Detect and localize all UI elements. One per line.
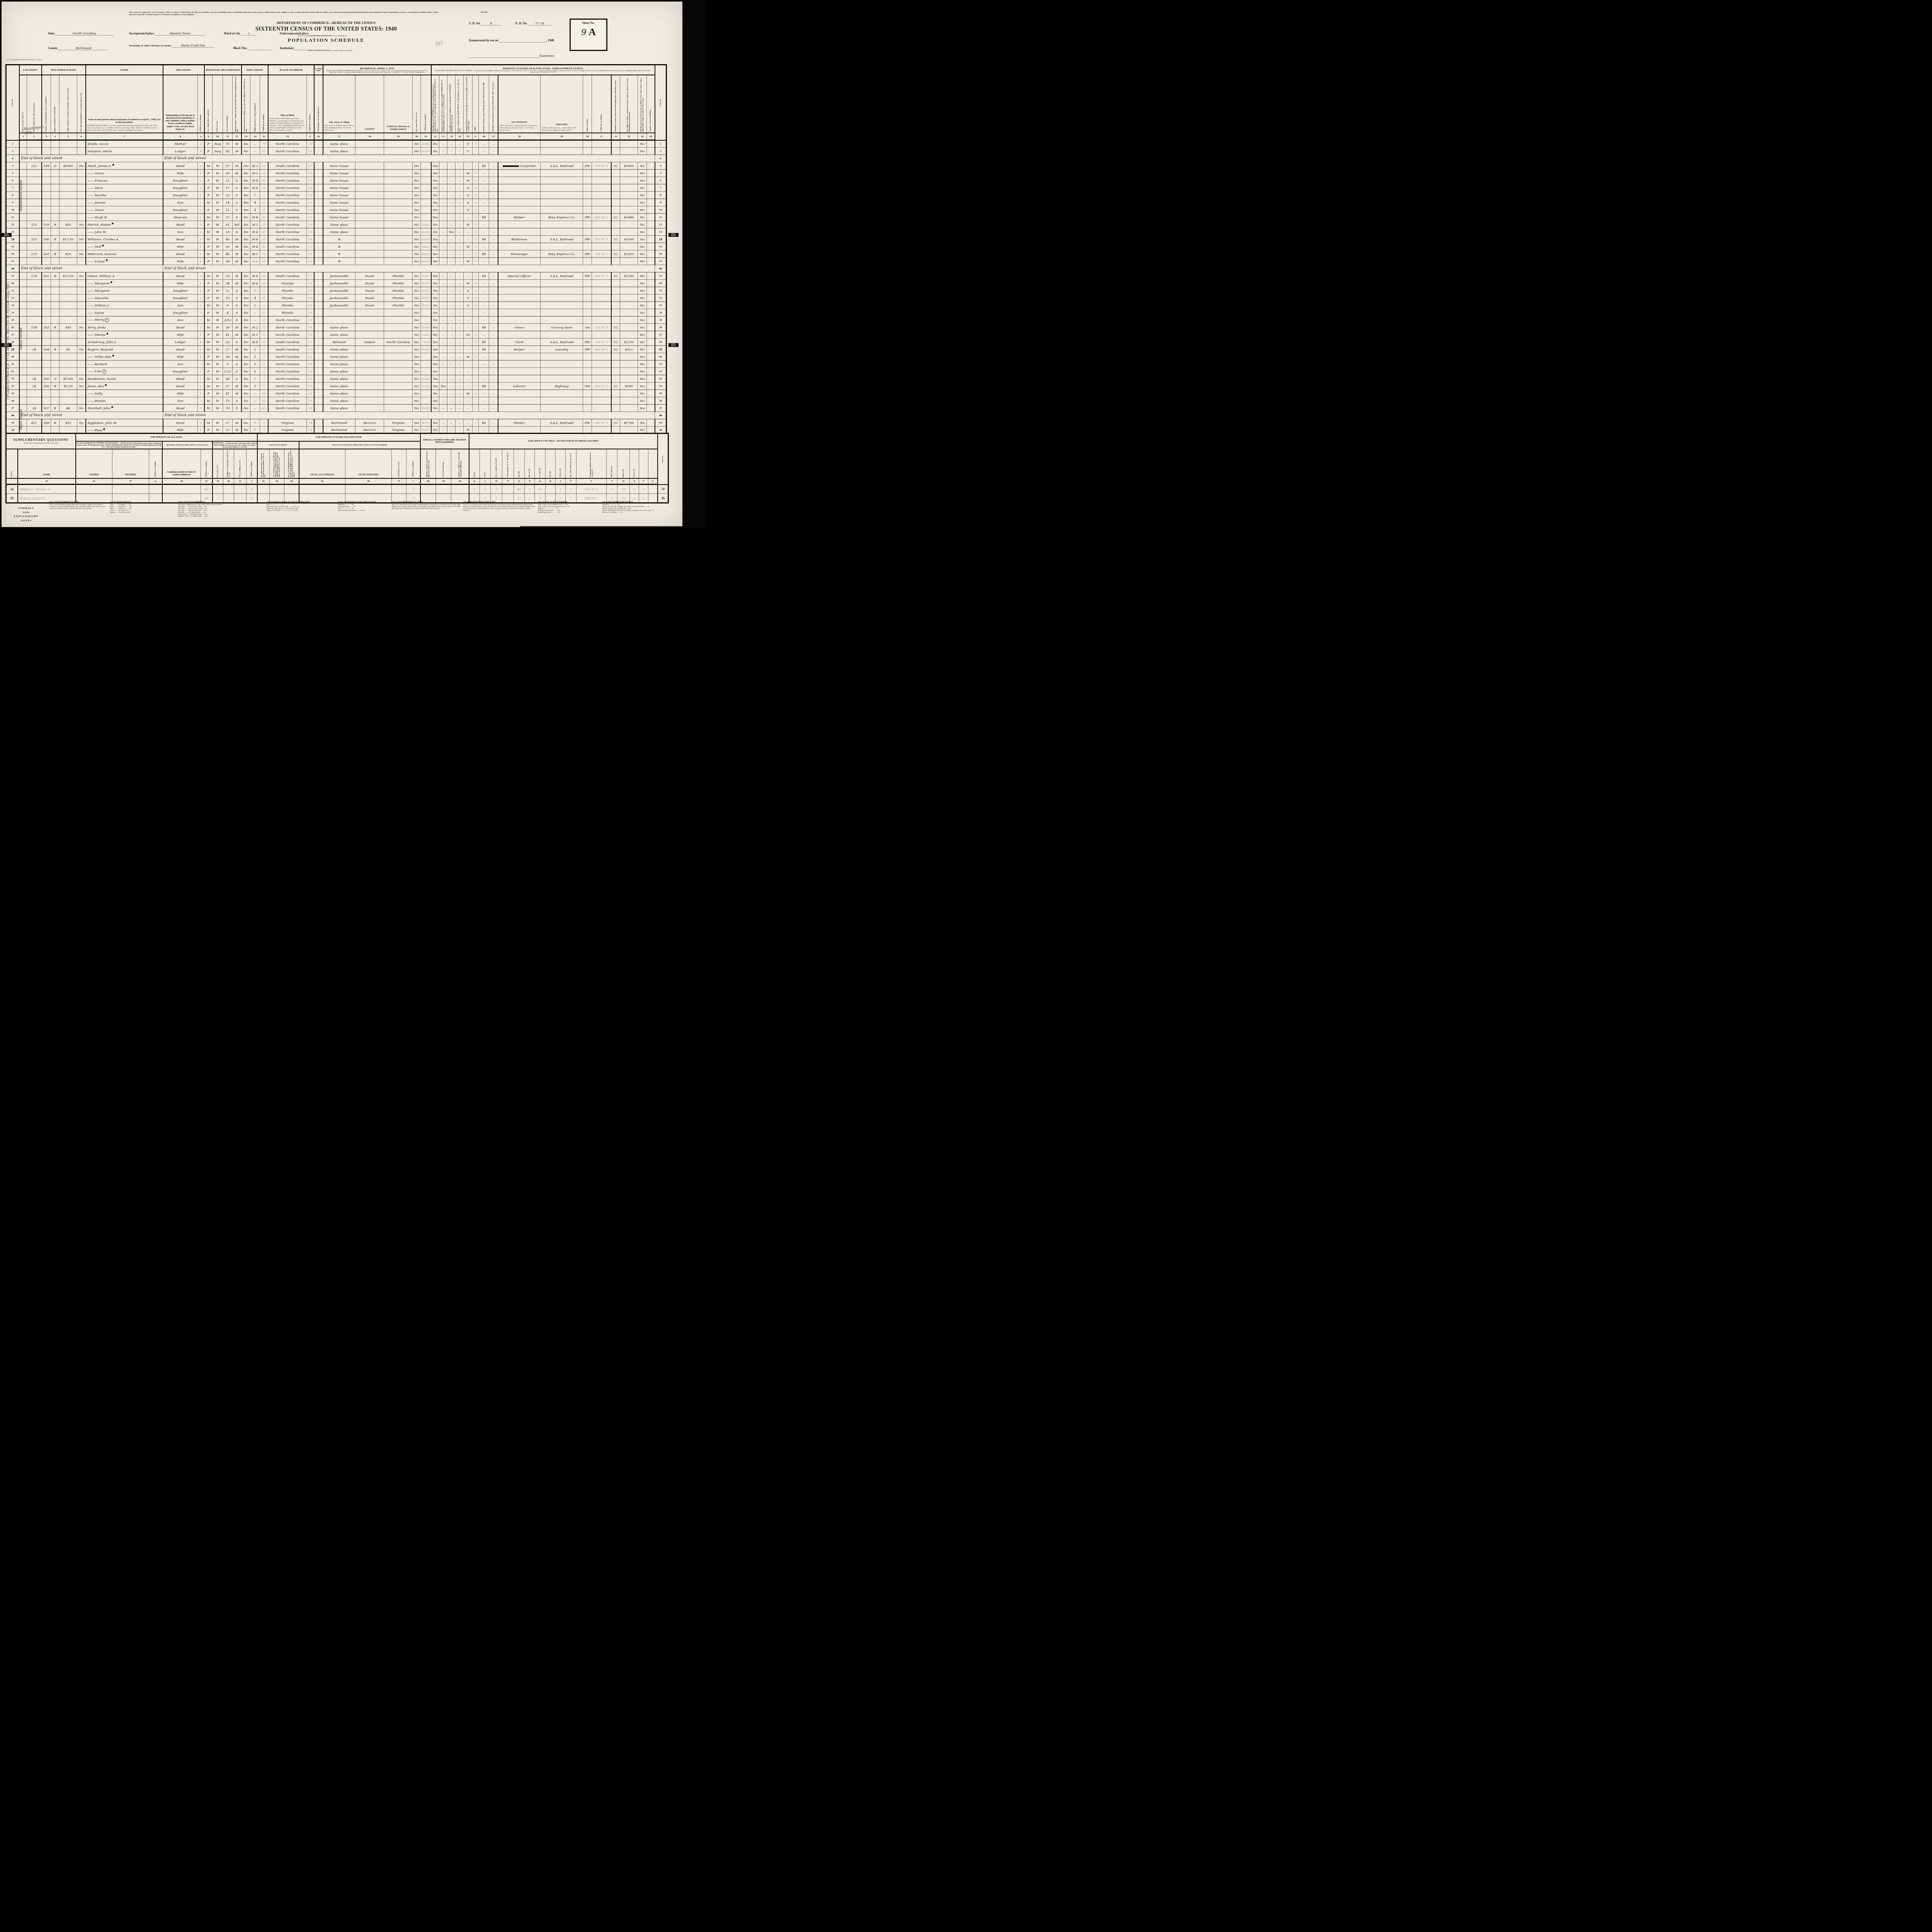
cell-c31: 52: [611, 383, 620, 390]
value-c8: Lodger: [175, 340, 186, 344]
value-c15: North Carolina: [276, 326, 299, 329]
col-num-cA: A: [198, 133, 204, 140]
unincorporated-place-label: Unincorporated place: [280, 32, 308, 35]
value-c25: H: [467, 428, 469, 432]
col-body: Industry or business, as— cotton mill, r…: [542, 127, 576, 131]
line-col-label: Line No.: [660, 99, 662, 106]
incorporated-place-value: Hamlet Town: [155, 32, 205, 36]
cell-c30: [583, 353, 592, 361]
cell-c19: [384, 375, 413, 383]
value-c9: M: [207, 348, 210, 351]
cell-c13: Yes: [241, 199, 250, 206]
cell-cE: –: [473, 316, 479, 324]
cell-cA: 2: [198, 361, 204, 368]
value-c17: Same house: [330, 164, 349, 168]
value-c15: North Carolina: [276, 223, 299, 226]
cell-c31: 52: [611, 236, 620, 243]
cell-cA: 1: [198, 280, 204, 287]
cell-c29: [541, 390, 583, 397]
value-cE: 6: [474, 186, 476, 190]
cell-c11: 57: [223, 162, 233, 170]
value-c4: R: [54, 223, 56, 226]
cell-c27: –: [489, 228, 498, 236]
cell-c13: No: [241, 353, 250, 361]
col-desc-c19: STATE (or Territory or foreign country): [384, 75, 413, 133]
value-c7: Terry, Jenks: [88, 326, 106, 329]
cell-c23: –: [447, 177, 456, 184]
cell-c25: H: [464, 258, 473, 265]
cell-c30: PW: [583, 236, 592, 243]
value-c11: 27: [226, 421, 230, 425]
value-c32: $2000: [624, 252, 634, 256]
supp-title-block: SUPPLEMENTARY QUESTIONSFor Persons Enume…: [6, 434, 76, 449]
cell-c12: M: [233, 162, 241, 170]
value-c15: North Carolina: [276, 201, 299, 204]
value-cD: XoXo: [422, 377, 430, 381]
supp-desc-row: Line No.NAMEFATHERMOTHERCODE (Leave blan…: [6, 449, 668, 478]
value-c25: –: [467, 362, 469, 366]
cell-c9: M: [204, 419, 213, 427]
cell-c31: [611, 316, 620, 324]
cell-c24: –: [456, 170, 464, 177]
value-cC: 76: [308, 377, 312, 381]
cell-c19: [384, 390, 413, 397]
col-desc-cE: CODE: [473, 75, 479, 133]
value-c33: No: [640, 421, 645, 425]
cell-c33: No: [638, 199, 647, 206]
value-cE: 6: [474, 208, 476, 212]
cell-c16: [314, 361, 323, 368]
value-c23: –: [451, 311, 452, 315]
cell-c21: No: [431, 148, 439, 155]
cell-c21: No: [431, 405, 439, 412]
cell-c3: [42, 184, 51, 192]
cell-c22: –: [439, 353, 447, 361]
value-c10: W: [216, 186, 219, 190]
cell-c19: [384, 331, 413, 338]
cell-c16: [314, 250, 323, 258]
cell-cC: 76: [307, 258, 314, 265]
value-cC: 79: [308, 304, 312, 307]
value-c21: No: [433, 355, 438, 359]
col-label-c28: OCCUPATIONTrade, profession, or particul…: [498, 121, 541, 133]
value-c15: Florida: [282, 311, 293, 315]
cell-c11: 18: [223, 228, 233, 236]
cell-c16: [314, 346, 323, 353]
cell-c6: [77, 287, 86, 294]
cell-c23: –: [447, 368, 456, 375]
supp-desc-s35: NAME: [18, 449, 76, 478]
table-row: 15—— Nell ●Wife1FW30MNoH-430South Caroli…: [6, 243, 667, 250]
cell-c16: [314, 214, 323, 221]
value-cA: 2: [200, 289, 202, 293]
col-desc-cC: CODE (Leave blank): [307, 75, 314, 133]
cell-c28: [498, 361, 541, 368]
value-cF: 340 47 1: [595, 421, 609, 425]
cell-cB: 5: [260, 383, 268, 390]
cell-c2: 24: [27, 405, 42, 412]
value-c19: Florida: [393, 282, 404, 285]
cell-c33: No: [638, 397, 647, 405]
col-num-c23: 23: [447, 133, 456, 140]
value-c12: S: [236, 377, 238, 381]
value-c20: No: [414, 208, 419, 212]
value-c19: North Carolina: [386, 340, 410, 344]
cell-c15: North Carolina: [268, 353, 307, 361]
supp-label-sW: Wages (32): [622, 469, 624, 477]
value-c12: M: [235, 282, 238, 285]
cell-c24: –: [456, 272, 464, 280]
value-c32: $1800: [624, 164, 634, 168]
cell-c23: –: [447, 361, 456, 368]
supp-desc-sK: Ten (4): [469, 449, 480, 478]
supp-desc-sR: Cit. (16): [546, 449, 556, 478]
cell-c27: –: [489, 419, 498, 427]
col-label-c30: Class of worker: [587, 119, 588, 132]
col-label-c25: Engaged in home housework (H), in school…: [466, 76, 470, 132]
cell-cD: [421, 309, 431, 316]
cell-c8: Head: [163, 324, 198, 331]
value-c13: No: [243, 355, 248, 359]
cell-c8: Head: [163, 419, 198, 427]
supp-desc-s49: Age at first marriage: [436, 449, 451, 478]
value-cD: XoXo: [422, 333, 430, 337]
value-cE: 5: [474, 179, 476, 182]
cell-c4: [51, 390, 60, 397]
value-cB: 50: [262, 260, 266, 263]
cell-c32: [620, 361, 638, 368]
cell-c11: 68: [223, 375, 233, 383]
value-cC: 76: [308, 355, 312, 359]
value-cD: 4671: [422, 428, 430, 432]
cell-c32: [620, 316, 638, 324]
cell-c16: [314, 338, 323, 346]
value-c10: W: [216, 282, 219, 285]
table-row: 3End of block and streetEnd of block and…: [6, 155, 667, 162]
cell-c17: Jacksonville: [323, 280, 355, 287]
sheet-number-box: Sheet No. 9 A: [570, 19, 607, 51]
value-cC: 76: [308, 392, 312, 395]
value-cB: 7: [263, 421, 265, 425]
cell-c30: PW: [583, 338, 592, 346]
cell-c10: W: [213, 243, 223, 250]
cell-c16: [314, 397, 323, 405]
value-c27: –: [493, 428, 494, 432]
supp-desc-sU: Occupation, industry, and class of worke…: [577, 449, 607, 478]
cell-c11: 45: [223, 148, 233, 155]
cell-c27: –: [489, 214, 498, 221]
supp-num-sK: K: [469, 478, 480, 485]
cell-c22: –: [439, 140, 447, 148]
cell-c2: [27, 316, 42, 324]
table-row: 39411168R$10NoEggleston, John W.Head0MW2…: [6, 419, 667, 427]
value-c22: –: [442, 289, 444, 293]
line-col-label: Line No.: [12, 99, 14, 106]
value-c10: W: [216, 340, 219, 344]
cell-c31: [611, 309, 620, 316]
value-c26: –: [483, 194, 485, 197]
cell-c20: No: [413, 243, 421, 250]
supp-desc-s46: USUAL INDUSTRY: [345, 449, 392, 478]
value-c28: Special Officer: [508, 274, 531, 278]
cell-c9: F: [204, 243, 213, 250]
group-9: PERSONS 14 YEARS OLD AND OVER—EMPLOYMENT…: [431, 65, 655, 75]
cell-c18: [355, 390, 384, 397]
cell-c23: –: [447, 214, 456, 221]
value-c23: –: [451, 362, 452, 366]
cell-c18: [355, 405, 384, 412]
col-desc-c7: Name of each person whose usual place of…: [86, 75, 163, 133]
cell-c7: —— Margaret ●: [86, 280, 163, 287]
value-c20: No: [414, 348, 419, 351]
cell-c24: –: [456, 361, 464, 368]
cell-c17: Same place: [323, 228, 355, 236]
value-c12: S: [236, 216, 238, 219]
cell-c19: Florida: [384, 302, 413, 309]
value-c24: –: [459, 355, 460, 359]
value-cC: 76: [308, 252, 312, 256]
value-c31: 52: [614, 421, 617, 425]
cell-c21: Yes: [431, 419, 439, 427]
value-c13: No: [243, 311, 248, 315]
value-c19: Florida: [393, 274, 404, 278]
cell-c18: Henrico: [355, 419, 384, 427]
value-cB: 30: [262, 282, 266, 285]
value-c8: Wife: [177, 172, 184, 175]
cell-c29: Rwy. Express Co.: [541, 214, 583, 221]
cell-c4: [51, 170, 60, 177]
value-cF: 266 47 1: [595, 340, 609, 344]
table-body: 1Kindle, LizzieMother3FNeg70MNo–70North …: [6, 140, 667, 434]
value-c23: –: [451, 392, 452, 395]
line-number: 39: [6, 419, 19, 427]
value-cB: 30: [262, 274, 266, 278]
cell-c21: No: [431, 243, 439, 250]
value-c15: South Carolina: [276, 348, 299, 351]
cell-cC: 74: [307, 419, 314, 427]
value-c12: M: [235, 355, 238, 359]
table-row: 14215160R$12.50NoWilliams, Charles A.Hea…: [6, 236, 667, 243]
value-c26: 48: [482, 421, 486, 425]
cell-c17: Same place: [323, 140, 355, 148]
cell-c21: Yes: [431, 250, 439, 258]
cell-c25: H: [464, 177, 473, 184]
col-num-c25: 25: [464, 133, 473, 140]
value-c9: F: [207, 223, 210, 226]
group-7: CITIZEN- SHIP: [314, 65, 323, 75]
value-c14: H-3: [252, 172, 258, 175]
cell-c25: –: [464, 346, 473, 353]
value-c15: North Carolina: [276, 194, 299, 197]
value-c8: Lodger: [175, 150, 186, 153]
cell-c27: –: [489, 287, 498, 294]
value-c21: Yes: [433, 238, 438, 241]
value-c20: No: [414, 326, 419, 329]
value-c20: No: [414, 406, 419, 410]
cell-c29: [541, 243, 583, 250]
value-c23: –: [451, 223, 452, 226]
cell-c23: –: [447, 287, 456, 294]
value-c26: –: [483, 150, 485, 153]
supp-desc-s45: USUAL OCCUPATION: [299, 449, 345, 478]
cell-c17: Jacksonville: [323, 302, 355, 309]
value-c29: S.A.L. Railroad: [550, 421, 573, 425]
cell-c27: –: [489, 272, 498, 280]
cell-c22: –: [439, 192, 447, 199]
cell-cC: 76: [307, 324, 314, 331]
line-number: 37: [6, 405, 19, 412]
county-value: Richmond: [58, 46, 109, 50]
cell-c2: 215: [27, 250, 42, 258]
cell-cD: XoXo: [421, 346, 431, 353]
cell-c28: [498, 228, 541, 236]
cell-cA: 0: [198, 324, 204, 331]
cell-c32: $1000: [620, 236, 638, 243]
cell-c4: R: [51, 405, 60, 412]
cell-c21: No: [431, 221, 439, 228]
value-cA: 0: [200, 274, 202, 278]
cell-cF: [592, 280, 611, 287]
value-c31: 52: [614, 216, 617, 219]
cell-c10: W: [213, 361, 223, 368]
value-c2: 24: [32, 384, 36, 388]
value-c26: 48: [482, 384, 486, 388]
col-num-c31: 31: [611, 133, 620, 140]
value-cE: 1: [474, 164, 476, 168]
cell-c3: 162: [42, 272, 51, 280]
value-c21: Yes: [433, 252, 438, 256]
cell-c3: [42, 331, 51, 338]
state-label: State: [48, 32, 54, 35]
col-label-c34: Number of Farm Schedule: [650, 110, 651, 132]
value-c22: –: [442, 311, 444, 315]
cell-c12: S: [233, 316, 241, 324]
value-cE: 7: [474, 377, 476, 381]
cell-c5: [60, 228, 77, 236]
cell-c10: W: [213, 184, 223, 192]
cell-c21: No: [431, 353, 439, 361]
cell-c6: [77, 390, 86, 397]
cell-c34: [647, 148, 655, 155]
cell-c32: $1444: [620, 214, 638, 221]
value-c21: No: [433, 142, 438, 146]
value-c10: W: [216, 392, 219, 395]
col-desc-c13: Attended school or college any time sinc…: [241, 75, 250, 133]
cell-c8: Head: [163, 272, 198, 280]
cell-c10: W: [213, 302, 223, 309]
supp-value-sP: 2: [529, 497, 531, 500]
value-c14: C-2: [252, 260, 258, 263]
cell-c12: S: [233, 338, 241, 346]
value-c24: –: [459, 362, 460, 366]
cell-c13: No: [241, 228, 250, 236]
value-c11: 68: [226, 377, 230, 381]
value-c14: H-2: [252, 164, 258, 168]
cell-c14: 2: [250, 302, 260, 309]
cell-c14: H-2: [250, 162, 260, 170]
cell-c28: [498, 280, 541, 287]
cell-c33: No: [638, 162, 647, 170]
col-num-c29: 29: [541, 133, 583, 140]
cell-c17: Belmont: [323, 338, 355, 346]
cell-c6: No: [77, 162, 86, 170]
cell-c3: [42, 192, 51, 199]
value-c11: 11: [226, 208, 230, 212]
note-body: SYMBOLS AND EXPLANATORY NOTES: [14, 507, 38, 522]
value-c27: –: [493, 304, 494, 307]
cell-c15: Florida: [268, 302, 307, 309]
value-c17: Same house: [330, 186, 349, 190]
cell-c24: –: [456, 184, 464, 192]
value-c30: PW: [585, 421, 590, 425]
note-block-6: Col. 21. WAS THIS PERSON AT WORK?Enter "…: [392, 501, 461, 526]
cell-c27: –: [489, 294, 498, 302]
value-c4: R: [54, 326, 56, 329]
cell-cE: 6: [473, 192, 479, 199]
value-c26: 48: [482, 340, 486, 344]
cell-c21: No: [431, 258, 439, 265]
cell-c22: –: [439, 280, 447, 287]
value-c14: –: [254, 142, 256, 146]
value-c11: 27: [226, 348, 230, 351]
value-c19: Florida: [393, 304, 404, 307]
cell-c6: [77, 353, 86, 361]
cell-cE: 5: [473, 177, 479, 184]
cell-c16: [314, 243, 323, 250]
cell-c22: –: [439, 184, 447, 192]
cell-c34: [647, 331, 655, 338]
col-num-c18: 18: [355, 133, 384, 140]
table-row: 25—— Harry✓Son2MW3/12SNo–0North Carolina…: [6, 316, 667, 324]
cell-c33: No: [638, 177, 647, 184]
cell-c32: [620, 287, 638, 294]
cell-c34: [647, 214, 655, 221]
value-c5: $5: [66, 348, 70, 351]
cell-c33: No: [638, 280, 647, 287]
value-cD: XoXo: [422, 142, 430, 146]
col-num-c4: 4: [51, 133, 60, 140]
value-c8: Wife: [177, 282, 184, 285]
cell-c2: [27, 192, 42, 199]
supp-num-sH: H: [201, 478, 213, 485]
value-c4: R: [54, 252, 56, 256]
supp-num-sQ: Q: [535, 478, 546, 485]
value-c24: –: [459, 150, 460, 153]
value-c24: –: [459, 421, 460, 425]
cell-c27: –: [489, 397, 498, 405]
cell-c10: W: [213, 192, 223, 199]
value-c23: –: [451, 201, 452, 204]
supp-label-sT: Hrs. wkd. or Dur. un. (26 or 27): [570, 454, 572, 477]
value-c14: 7: [254, 421, 256, 425]
line-number-right: 24: [655, 309, 667, 316]
value-c7: —— Harry✓: [88, 318, 109, 321]
value-c12: S: [236, 201, 238, 204]
cell-c8: Step-son: [163, 214, 198, 221]
line-number-right: 7: [655, 184, 667, 192]
cell-c9: M: [204, 199, 213, 206]
supp-desc-sW: Wages (32): [617, 449, 630, 478]
cell-c13: No: [241, 375, 250, 383]
cell-c16: [314, 287, 323, 294]
value-c23: –: [451, 150, 452, 153]
cell-cC: 76: [307, 148, 314, 155]
cell-c31: [611, 331, 620, 338]
cell-c30: [583, 287, 592, 294]
col-title: OCCUPATION: [500, 121, 539, 124]
value-c23: –: [451, 186, 452, 190]
cell-c34: [647, 199, 655, 206]
